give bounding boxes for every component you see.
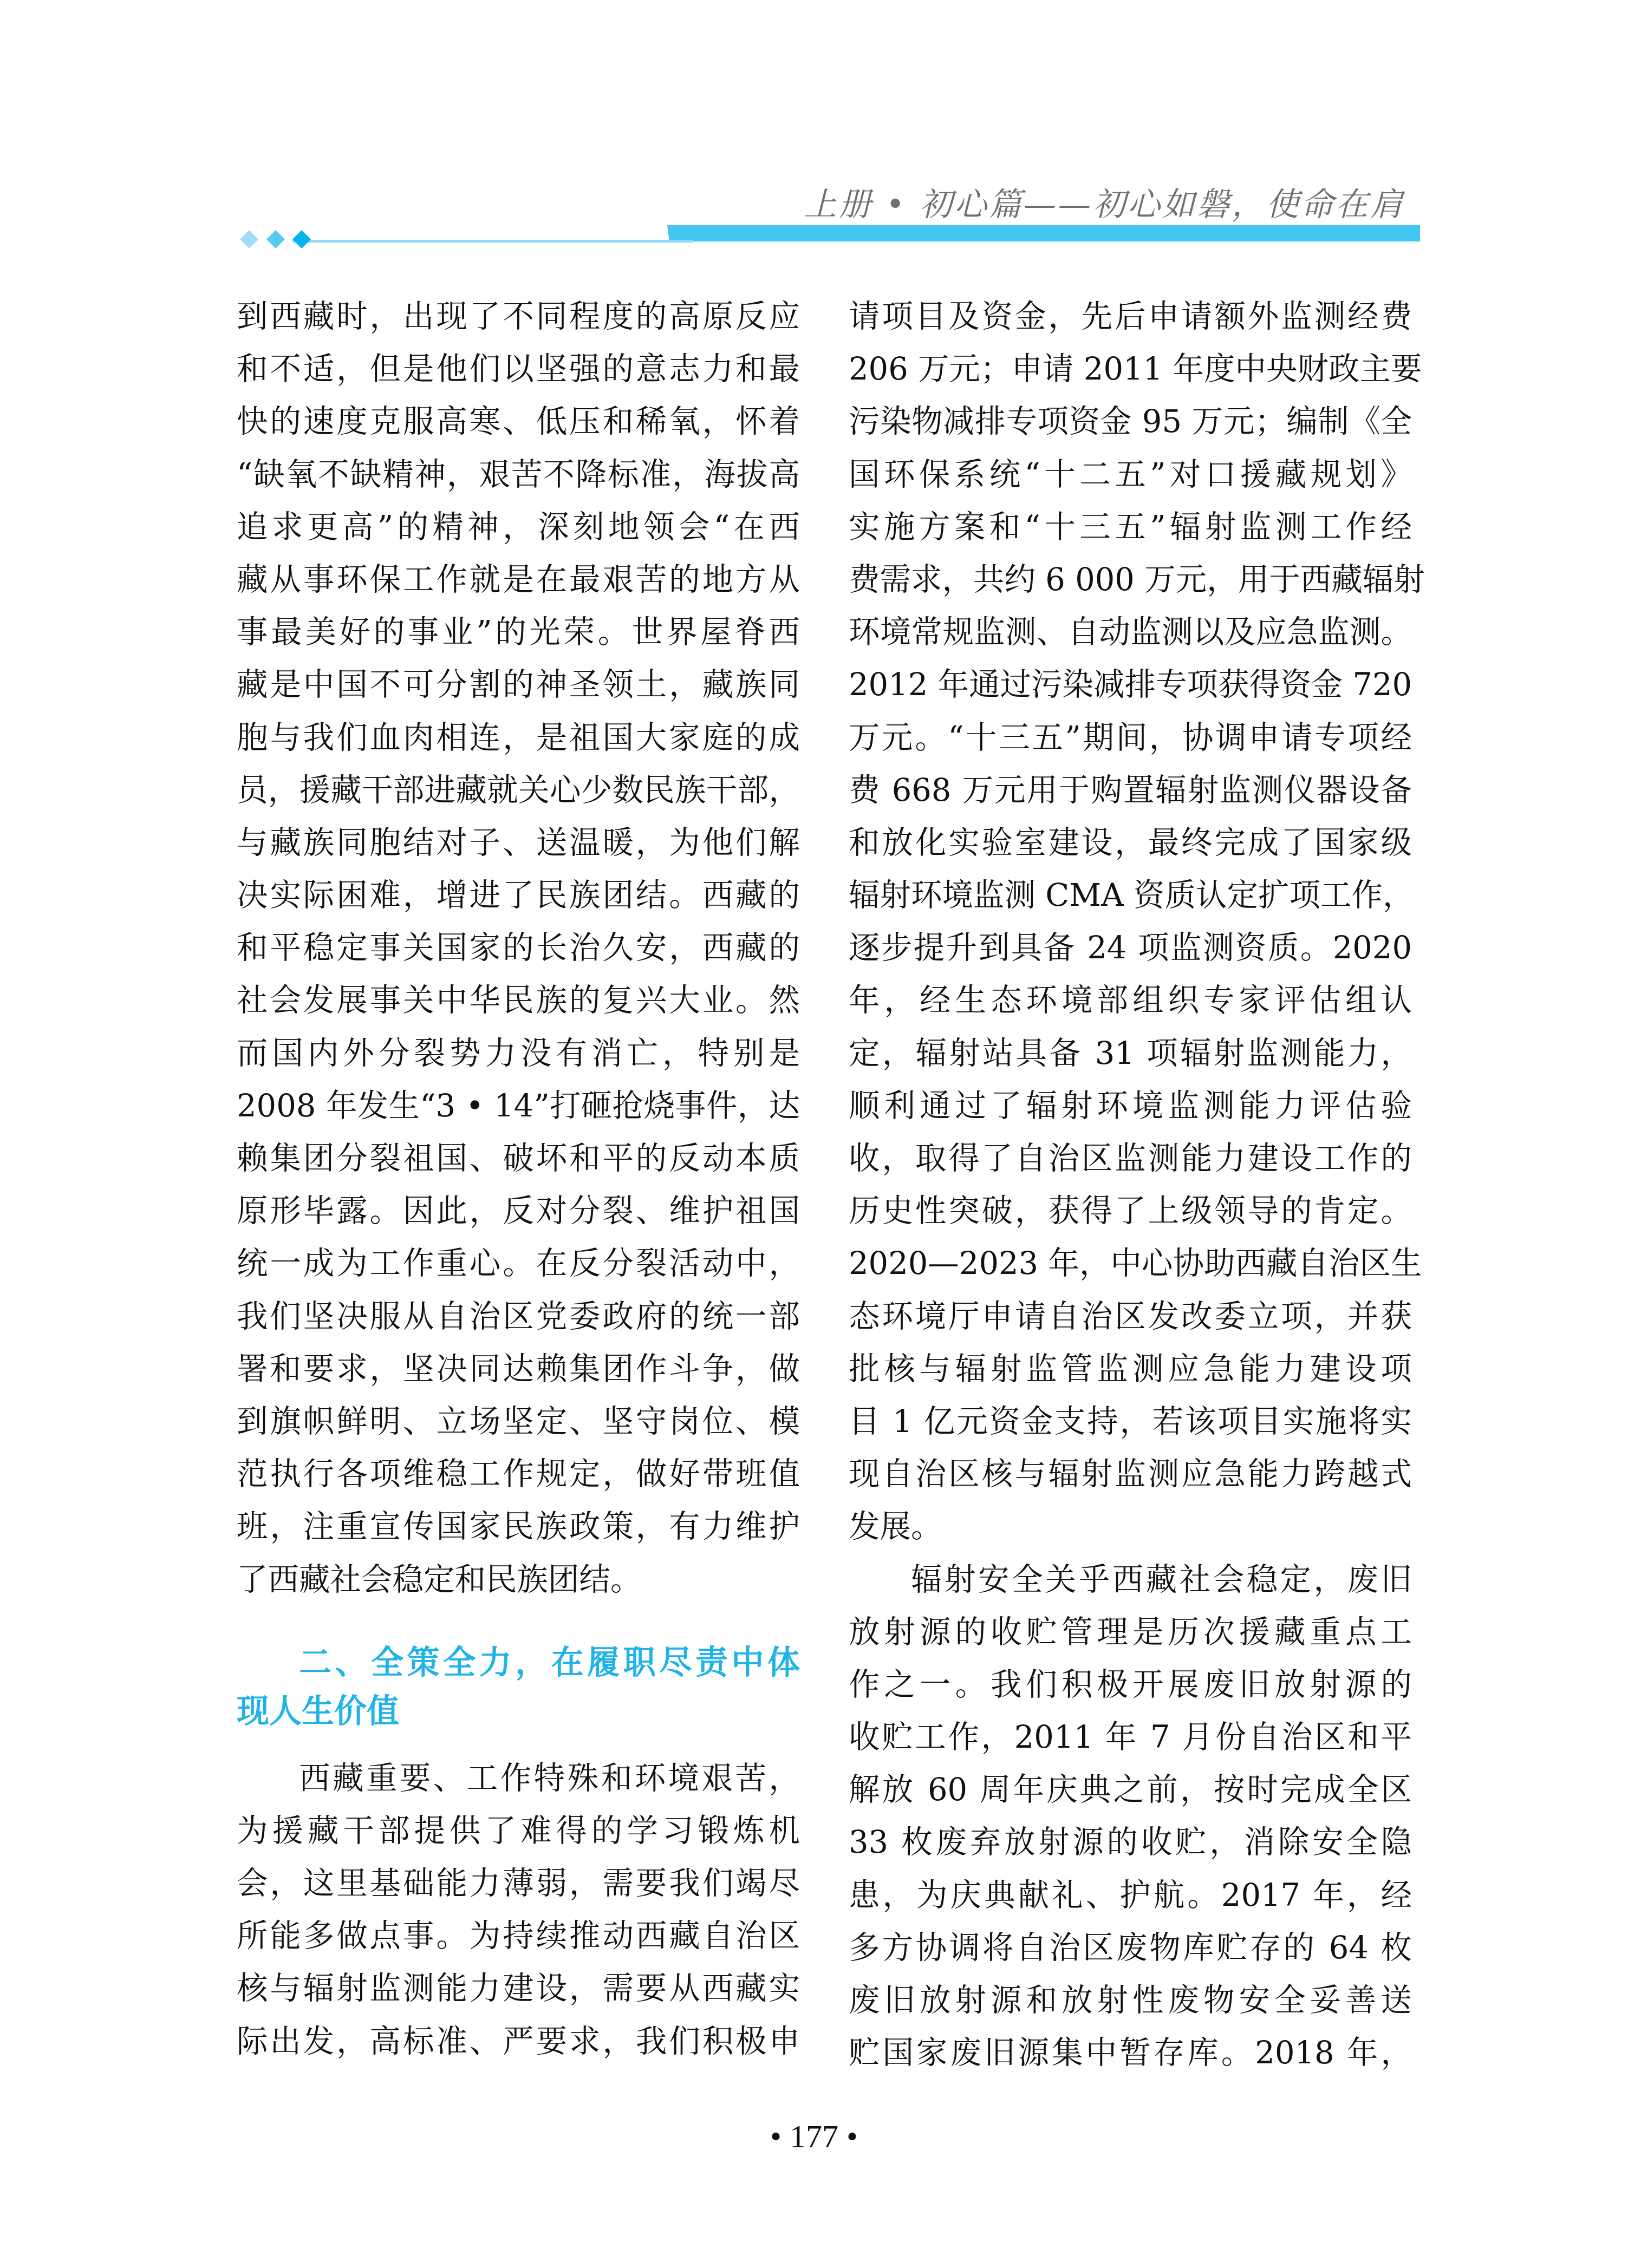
text-line: 年，经生态环境部组织专家评估组认 [849,974,1412,1027]
text-line: 藏从事环保工作就是在最艰苦的地方从 [237,553,800,606]
text-line: 和平稳定事关国家的长治久安，西藏的 [237,921,800,974]
text-line: 为援藏干部提供了难得的学习锻炼机 [237,1805,800,1857]
text-line: 作之一。我们积极开展废旧放射源的 [849,1658,1412,1711]
text-line: 33 枚废弃放射源的收贮，消除安全隐 [849,1816,1412,1868]
running-header: 上册 • 初心篇——初心如磐，使命在肩 [0,0,1628,260]
diamond-icon [240,230,258,249]
text-line: 快的速度克服高寒、低压和稀氧，怀着 [237,395,800,448]
text-line: 追求更高”的精神，深刻地领会“在西 [237,501,800,553]
left-column: 到西藏时，出现了不同程度的高原反应和不适，但是他们以坚强的意志力和最快的速度克服… [237,290,800,2068]
text-line: 环境常规监测、自动监测以及应急监测。 [849,606,1412,658]
text-line: 赖集团分裂祖国、破坏和平的反动本质 [237,1132,800,1185]
text-line: 多方协调将自治区废物库贮存的 64 枚 [849,1921,1412,1974]
paragraph: 到西藏时，出现了不同程度的高原反应和不适，但是他们以坚强的意志力和最快的速度克服… [237,290,800,1606]
diamond-icon [292,230,311,249]
text-line: 辐射安全关乎西藏社会稳定，废旧 [849,1553,1412,1606]
paragraph: 请项目及资金，先后申请额外监测经费206 万元；申请 2011 年度中央财政主要… [849,290,1412,1553]
text-line: 到西藏时，出现了不同程度的高原反应 [237,290,800,343]
text-line: 现人生价值 [237,1687,800,1736]
text-line: 国环保系统“十二五”对口援藏规划》 [849,448,1412,501]
text-line: 会，这里基础能力薄弱，需要我们竭尽 [237,1857,800,1910]
text-line: 署和要求，坚决同达赖集团作斗争，做 [237,1343,800,1395]
text-line: 胞与我们血肉相连，是祖国大家庭的成 [237,711,800,764]
text-line: 请项目及资金，先后申请额外监测经费 [849,290,1412,343]
text-line: 原形毕露。因此，反对分裂、维护祖国 [237,1185,800,1237]
text-line: 历史性突破，获得了上级领导的肯定。 [849,1185,1412,1237]
text-line: 逐步提升到具备 24 项监测资质。2020 [849,921,1412,974]
text-line: 贮国家废旧源集中暂存库。2018 年， [849,2027,1412,2079]
paragraph: 西藏重要、工作特殊和环境艰苦，为援藏干部提供了难得的学习锻炼机会，这里基础能力薄… [237,1752,800,2068]
text-line: 定，辐射站具备 31 项辐射监测能力， [849,1027,1412,1080]
text-line: 发展。 [849,1500,1412,1553]
text-line: 费 668 万元用于购置辐射监测仪器设备 [849,764,1412,816]
text-line: 班，注重宣传国家民族政策，有力维护 [237,1500,800,1553]
text-line: 目 1 亿元资金支持，若该项目实施将实 [849,1395,1412,1448]
running-title: 上册 • 初心篇——初心如磐，使命在肩 [804,179,1405,225]
section-heading: 二、全策全力，在履职尽责中体现人生价值 [237,1638,800,1736]
text-line: 核与辐射监测能力建设，需要从西藏实 [237,1962,800,2015]
text-line: 二、全策全力，在履职尽责中体 [237,1638,800,1687]
text-line: 实施方案和“十三五”辐射监测工作经 [849,501,1412,553]
text-line: 统一成为工作重心。在反分裂活动中， [237,1237,800,1290]
text-line: 决实际困难，增进了民族团结。西藏的 [237,869,800,921]
text-line: 与藏族同胞结对子、送温暖，为他们解 [237,816,800,869]
text-line: 西藏重要、工作特殊和环境艰苦， [237,1752,800,1805]
text-line: 废旧放射源和放射性废物安全妥善送 [849,1974,1412,2027]
text-line: 顺利通过了辐射环境监测能力评估验 [849,1080,1412,1132]
text-line: 万元。“十三五”期间，协调申请专项经 [849,711,1412,764]
text-line: 到旗帜鲜明、立场坚定、坚守岗位、模 [237,1395,800,1448]
text-line: 206 万元；申请 2011 年度中央财政主要 [849,343,1412,395]
text-line: 污染物减排专项资金 95 万元；编制《全 [849,395,1412,448]
text-line: 放射源的收贮管理是历次援藏重点工 [849,1606,1412,1658]
diamond-icon [266,230,285,249]
text-line: 解放 60 周年庆典之前，按时完成全区 [849,1763,1412,1816]
text-line: 社会发展事关中华民族的复兴大业。然 [237,974,800,1027]
text-line: 际出发，高标准、严要求，我们积极申 [237,2015,800,2068]
text-line: 态环境厅申请自治区发改委立项，并获 [849,1290,1412,1343]
paragraph: 辐射安全关乎西藏社会稳定，废旧放射源的收贮管理是历次援藏重点工作之一。我们积极开… [849,1553,1412,2080]
text-line: “缺氧不缺精神，艰苦不降标准，海拔高 [237,448,800,501]
text-line: 2020—2023 年，中心协助西藏自治区生 [849,1237,1412,1290]
text-line: 了西藏社会稳定和民族团结。 [237,1553,800,1606]
text-line: 辐射环境监测 CMA 资质认定扩项工作， [849,869,1412,921]
header-accent-bar [667,225,1420,241]
text-line: 所能多做点事。为持续推动西藏自治区 [237,1910,800,1962]
page-number: • 177 • [0,2118,1628,2155]
text-line: 收贮工作，2011 年 7 月份自治区和平 [849,1711,1412,1763]
header-rule-line [292,240,693,243]
text-line: 我们坚决服从自治区党委政府的统一部 [237,1290,800,1343]
text-line: 藏是中国不可分割的神圣领土，藏族同 [237,658,800,711]
text-line: 和不适，但是他们以坚强的意志力和最 [237,343,800,395]
text-line: 2012 年通过污染减排专项获得资金 720 [849,658,1412,711]
text-line: 2008 年发生“3 • 14”打砸抢烧事件，达 [237,1080,800,1132]
text-line: 患，为庆典献礼、护航。2017 年，经 [849,1869,1412,1921]
text-line: 费需求，共约 6 000 万元，用于西藏辐射 [849,553,1412,606]
text-line: 现自治区核与辐射监测应急能力跨越式 [849,1448,1412,1500]
text-line: 范执行各项维稳工作规定，做好带班值 [237,1448,800,1500]
right-column: 请项目及资金，先后申请额外监测经费206 万元；申请 2011 年度中央财政主要… [849,290,1412,2079]
text-line: 和放化实验室建设，最终完成了国家级 [849,816,1412,869]
text-line: 批核与辐射监管监测应急能力建设项 [849,1343,1412,1395]
text-line: 员，援藏干部进藏就关心少数民族干部， [237,764,800,816]
text-line: 事最美好的事业”的光荣。世界屋脊西 [237,606,800,658]
text-line: 收，取得了自治区监测能力建设工作的 [849,1132,1412,1185]
text-line: 而国内外分裂势力没有消亡，特别是 [237,1027,800,1080]
